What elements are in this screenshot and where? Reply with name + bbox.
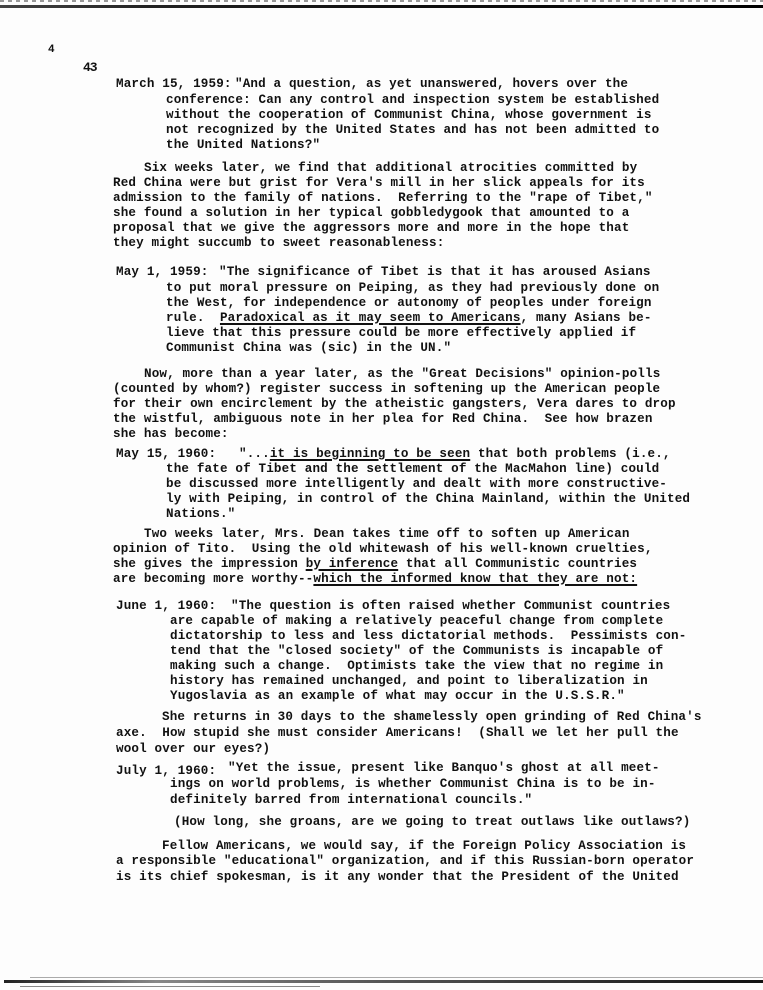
quote-line: the West, for independence or autonomy o… [166,295,652,311]
scan-bottom-border [4,980,763,983]
body-line: admission to the family of nations. Refe… [113,190,653,206]
underlined-phrase: Paradoxical as it may seem to Americans [220,311,521,325]
body-line: are becoming more worthy--which the info… [113,571,637,587]
text-span: that both problems (i.e., [470,447,670,461]
quote-line: ings on world problems, is whether Commu… [170,776,656,792]
scan-top-dotted-edge [0,0,763,2]
text-span: she gives the impression [113,557,306,571]
entry-date: June 1, 1960: [116,598,216,614]
body-line: she gives the impression by inference th… [113,556,637,572]
body-line: axe. How stupid she must consider Americ… [116,725,679,741]
text-span: "... [239,447,270,461]
body-line: they might succumb to sweet reasonablene… [113,235,444,251]
entry-date: March 15, 1959: [116,76,232,92]
body-line: She returns in 30 days to the shamelessl… [162,709,702,725]
quote-line: the fate of Tibet and the settlement of … [166,461,659,477]
quote-line: without the cooperation of Communist Chi… [166,107,652,123]
quote-line: be discussed more intelligently and deal… [166,476,667,492]
quote-line: history has remained unchanged, and poin… [170,673,648,689]
body-line: (counted by whom?) register success in s… [113,381,660,397]
quote-line: definitely barred from international cou… [170,792,532,808]
scan-top-border [0,5,763,8]
quote-line: the United Nations?" [166,137,320,153]
quote-line: "Yet the issue, present like Banquo's gh… [228,760,660,776]
body-line: proposal that we give the aggressors mor… [113,220,629,236]
text-span: rule. [166,311,220,325]
quote-line: "The significance of Tibet is that it ha… [219,264,651,280]
body-line: Six weeks later, we find that additional… [144,160,637,176]
text-span: , many Asians be- [521,311,652,325]
body-line: she found a solution in her typical gobb… [113,205,629,221]
entry-date: May 15, 1960: [116,446,216,462]
quote-line: rule. Paradoxical as it may seem to Amer… [166,310,652,326]
quote-line: dictatorship to less and less dictatoria… [170,628,686,644]
entry-date: May 1, 1959: [116,264,209,280]
quote-line: making such a change. Optimists take the… [170,658,663,674]
quote-line: Yugoslavia as an example of what may occ… [170,688,625,704]
underlined-phrase: it is beginning to be seen [270,447,470,461]
body-line: Now, more than a year later, as the "Gre… [144,366,660,382]
body-line: the wistful, ambiguous note in her plea … [113,411,653,427]
quote-line: lieve that this pressure could be more e… [166,325,636,341]
underlined-phrase: which the informed know that they are no… [313,572,637,586]
underlined-phrase: by inference [306,557,399,571]
body-line: wool over our eyes?) [116,741,270,757]
quote-line: "...it is beginning to be seen that both… [239,446,671,462]
quote-line: conference: Can any control and inspecti… [166,92,659,108]
scan-bottom-edge [30,977,763,978]
page-number: 43 [83,60,97,75]
body-line: (How long, she groans, are we going to t… [174,814,690,830]
quote-line: not recognized by the United States and … [166,122,659,138]
body-line: a responsible "educational" organization… [116,853,694,869]
quote-line: "And a question, as yet unanswered, hove… [235,76,628,92]
text-span: that all Communistic countries [398,557,637,571]
quote-line: "The question is often raised whether Co… [231,598,670,614]
body-line: for their own encirclement by the atheis… [113,396,676,412]
body-line: is its chief spokesman, is it any wonder… [116,869,679,885]
body-line: opinion of Tito. Using the old whitewash… [113,541,653,557]
quote-line: ly with Peiping, in control of the China… [166,491,690,507]
quote-line: Communist China was (sic) in the UN." [166,340,451,356]
body-line: Red China were but grist for Vera's mill… [113,175,645,191]
quote-line: Nations." [166,506,235,522]
quote-line: to put moral pressure on Peiping, as the… [166,280,659,296]
body-line: Two weeks later, Mrs. Dean takes time of… [144,526,630,542]
text-span: are becoming more worthy-- [113,572,313,586]
scan-bottom-edge [20,986,320,987]
corner-mark: 4 [48,44,55,56]
body-line: she has become: [113,426,229,442]
body-line: Fellow Americans, we would say, if the F… [162,838,686,854]
quote-line: tend that the "closed society" of the Co… [170,643,663,659]
quote-line: are capable of making a relatively peace… [170,613,663,629]
